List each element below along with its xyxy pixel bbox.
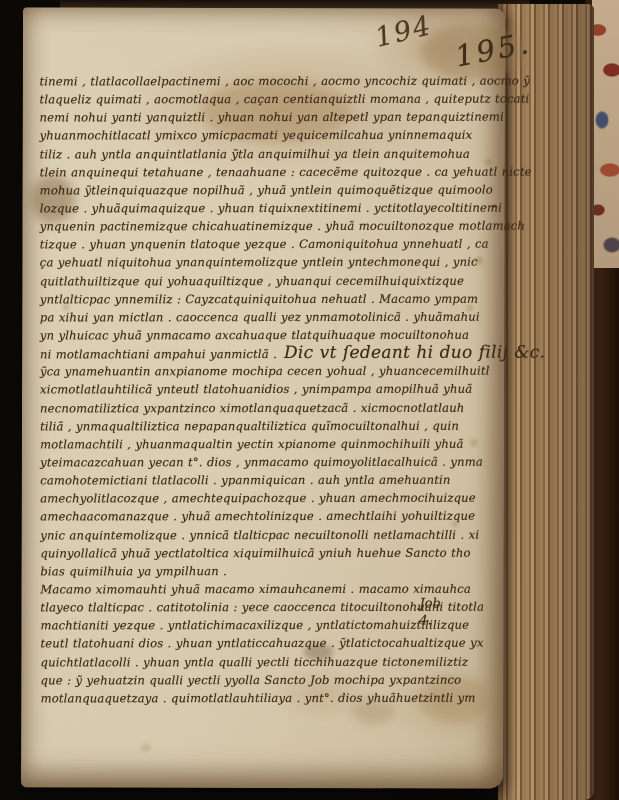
manuscript-line-text: ỹca ynamehuantin anxpianome mochipa cece… <box>40 364 490 379</box>
marbled-paper-edge <box>592 0 619 268</box>
manuscript-line: bias quimilhuia ya ympilhuan . <box>40 561 506 580</box>
manuscript-line-text: pa xihui yan mictlan . caoccenca qualli … <box>40 309 480 324</box>
manuscript-line-text: tizque . yhuan ynquenin tlatoque yezque … <box>40 237 489 252</box>
manuscript-line: quitlathuiltizque qui yohuaquiltizque , … <box>40 271 506 290</box>
manuscript-line-text: tiliz . auh yntla anquintlatlania ỹtla a… <box>40 146 470 161</box>
manuscript-line: teutl tlatohuani dios . yhuan yntlaticca… <box>40 634 506 653</box>
manuscript-line: mohua ỹtleinquiquazque nopilhuã , yhuã y… <box>40 180 506 199</box>
manuscript-line: amechaacomanazque . yhuã amechtolinizque… <box>40 507 506 526</box>
manuscript-line: ni motlamachtiani ampahui yanmictlã .Dic… <box>40 344 506 363</box>
manuscript-line-text: necnomatiliztica yxpantzinco ximotlanqua… <box>40 400 464 415</box>
manuscript-line: tlaqueliz quimati , aocmotlaqua , caçan … <box>40 90 506 109</box>
manuscript-line: tizque . yhuan ynquenin tlatoque yezque … <box>40 235 506 254</box>
manuscript-line-text: Macamo ximomauhti yhuã macamo ximauhcane… <box>40 582 471 597</box>
manuscript-line-text: yhuanmochitlacatl ymixco ymicpacmati yeq… <box>40 128 473 143</box>
manuscript-line-text: que : ỹ yehuatzin qualli yectli yyolla S… <box>41 672 462 687</box>
manuscript-line-text: mohua ỹtleinquiquazque nopilhuã , yhuã y… <box>40 182 493 197</box>
manuscript-line: nemi nohui yanti yanquiztli . yhuan nohu… <box>40 108 506 127</box>
manuscript-line-text: tiliã , ynmaqualtiliztica nepapanqualtil… <box>40 418 459 433</box>
foxing-spot <box>141 744 151 752</box>
manuscript-line-text: bias quimilhuia ya ympilhuan . <box>40 564 227 578</box>
manuscript-photo: 194 195. tinemi , tlatlacollaelpactinemi… <box>0 0 619 800</box>
manuscript-line: tiliã , ynmaqualtiliztica nepapanqualtil… <box>40 416 506 435</box>
manuscript-line: tinemi , tlatlacollaelpactinemi , aoc mo… <box>39 72 505 91</box>
manuscript-page: 194 195. tinemi , tlatlacollaelpactinemi… <box>21 7 505 788</box>
manuscript-line: tlein anquinequi tetahuane , tenaahuane … <box>40 162 506 181</box>
manuscript-line-text: tlein anquinequi tetahuane , tenaahuane … <box>40 164 532 179</box>
manuscript-line: motlanquaquetzaya . quimotlatlauhtiliaya… <box>41 688 507 707</box>
manuscript-line-text: camohotemictiani tlatlacolli . ypanmiqui… <box>40 473 450 488</box>
manuscript-line-text: tlayeco tlalticpac . catitotolinia : yec… <box>40 600 484 615</box>
manuscript-line-text: tlaqueliz quimati , aocmotlaqua , caçan … <box>40 92 530 107</box>
manuscript-line-text: quichtlatlacolli . yhuan yntla qualli ye… <box>40 654 468 669</box>
latin-heading: Dic vt ſedeant hi duo filij &c. <box>284 343 545 363</box>
manuscript-line: lozque . yhuãquimaquizque . yhuan tiquix… <box>40 199 506 218</box>
margin-note-book: Job <box>419 595 440 612</box>
manuscript-line: camohotemictiani tlatlacolli . ypanmiqui… <box>40 471 506 490</box>
manuscript-line: ynic anquintemolizque . ynnicã tlalticpa… <box>40 525 506 544</box>
manuscript-line: ça yehuatl niquitohua ynanquintemolizque… <box>40 253 506 272</box>
manuscript-line: amechyolitlacozque , amechtequipachozque… <box>40 489 506 508</box>
manuscript-line: quichtlatlacolli . yhuan yntla qualli ye… <box>40 652 506 671</box>
manuscript-line-text: amechaacomanazque . yhuã amechtolinizque… <box>40 509 475 524</box>
margin-note-chapter: 4. <box>419 612 440 629</box>
manuscript-line-text: motlamachtili , yhuanmaqualtin yectin xp… <box>40 437 464 452</box>
manuscript-line: ỹca ynamehuantin anxpianome mochipa cece… <box>40 362 506 381</box>
manuscript-line: yn ylhuicac yhuã ynmacamo axcahuaque tla… <box>40 326 506 345</box>
manuscript-line: pa xihui yan mictlan . caoccenca qualli … <box>40 307 506 326</box>
manuscript-line-text: ça yehuatl niquitohua ynanquintemolizque… <box>40 255 478 270</box>
manuscript-line-text: amechyolitlacozque , amechtequipachozque… <box>40 491 476 506</box>
manuscript-line-text: yn ylhuicac yhuã ynmacamo axcahuaque tla… <box>40 328 469 343</box>
manuscript-line: yntlalticpac ynnemiliz : Cayzcatquiniqui… <box>40 289 506 308</box>
manuscript-line-text: motlanquaquetzaya . quimotlatlauhtiliaya… <box>41 690 476 705</box>
manuscript-line-text: tinemi , tlatlacollaelpactinemi , aoc mo… <box>39 74 529 89</box>
manuscript-line: quinyollalicã yhuã yectlatoltica xiquimi… <box>40 543 506 562</box>
manuscript-line: motlamachtili , yhuanmaqualtin yectin xp… <box>40 434 506 453</box>
manuscript-line-text: teutl tlatohuani dios . yhuan yntlaticca… <box>40 636 483 651</box>
manuscript-line: necnomatiliztica yxpantzinco ximotlanqua… <box>40 398 506 417</box>
manuscript-line: xicmotlatlauhtilicã ynteutl tlatohuanidi… <box>40 380 506 399</box>
manuscript-line-text: yntlalticpac ynnemiliz : Cayzcatquiniqui… <box>40 291 478 306</box>
manuscript-line-text: yteimacazcahuan yecan t°. dios , ynmacam… <box>40 455 483 470</box>
manuscript-line-text: ni motlamachtiani ampahui yanmictlã . <box>40 347 277 361</box>
margin-note-job: Job 4. <box>419 595 440 629</box>
book-fore-edge <box>498 4 594 800</box>
manuscript-line: ynquenin pactinemizque chicahuatinemizqu… <box>40 217 506 236</box>
manuscript-line: tiliz . auh yntla anquintlatlania ỹtla a… <box>40 144 506 163</box>
manuscript-line: que : ỹ yehuatzin qualli yectli yyolla S… <box>41 670 507 689</box>
manuscript-line-text: nemi nohui yanti yanquiztli . yhuan nohu… <box>40 110 504 125</box>
manuscript-line: yhuanmochitlacatl ymixco ymicpacmati yeq… <box>40 126 506 145</box>
manuscript-line-text: machtianiti yezque . yntlatichimacaxiliz… <box>40 618 469 633</box>
manuscript-line-text: quitlathuiltizque qui yohuaquiltizque , … <box>40 273 464 288</box>
manuscript-line-text: ynquenin pactinemizque chicahuatinemizqu… <box>40 219 525 234</box>
manuscript-line-text: lozque . yhuãquimaquizque . yhuan tiquix… <box>40 201 502 216</box>
manuscript-line-text: ynic anquintemolizque . ynnicã tlalticpa… <box>40 527 479 542</box>
manuscript-line-text: quinyollalicã yhuã yectlatoltica xiquimi… <box>40 545 470 560</box>
manuscript-line: yteimacazcahuan yecan t°. dios , ynmacam… <box>40 453 506 472</box>
manuscript-line-text: xicmotlatlauhtilicã ynteutl tlatohuanidi… <box>40 382 472 397</box>
